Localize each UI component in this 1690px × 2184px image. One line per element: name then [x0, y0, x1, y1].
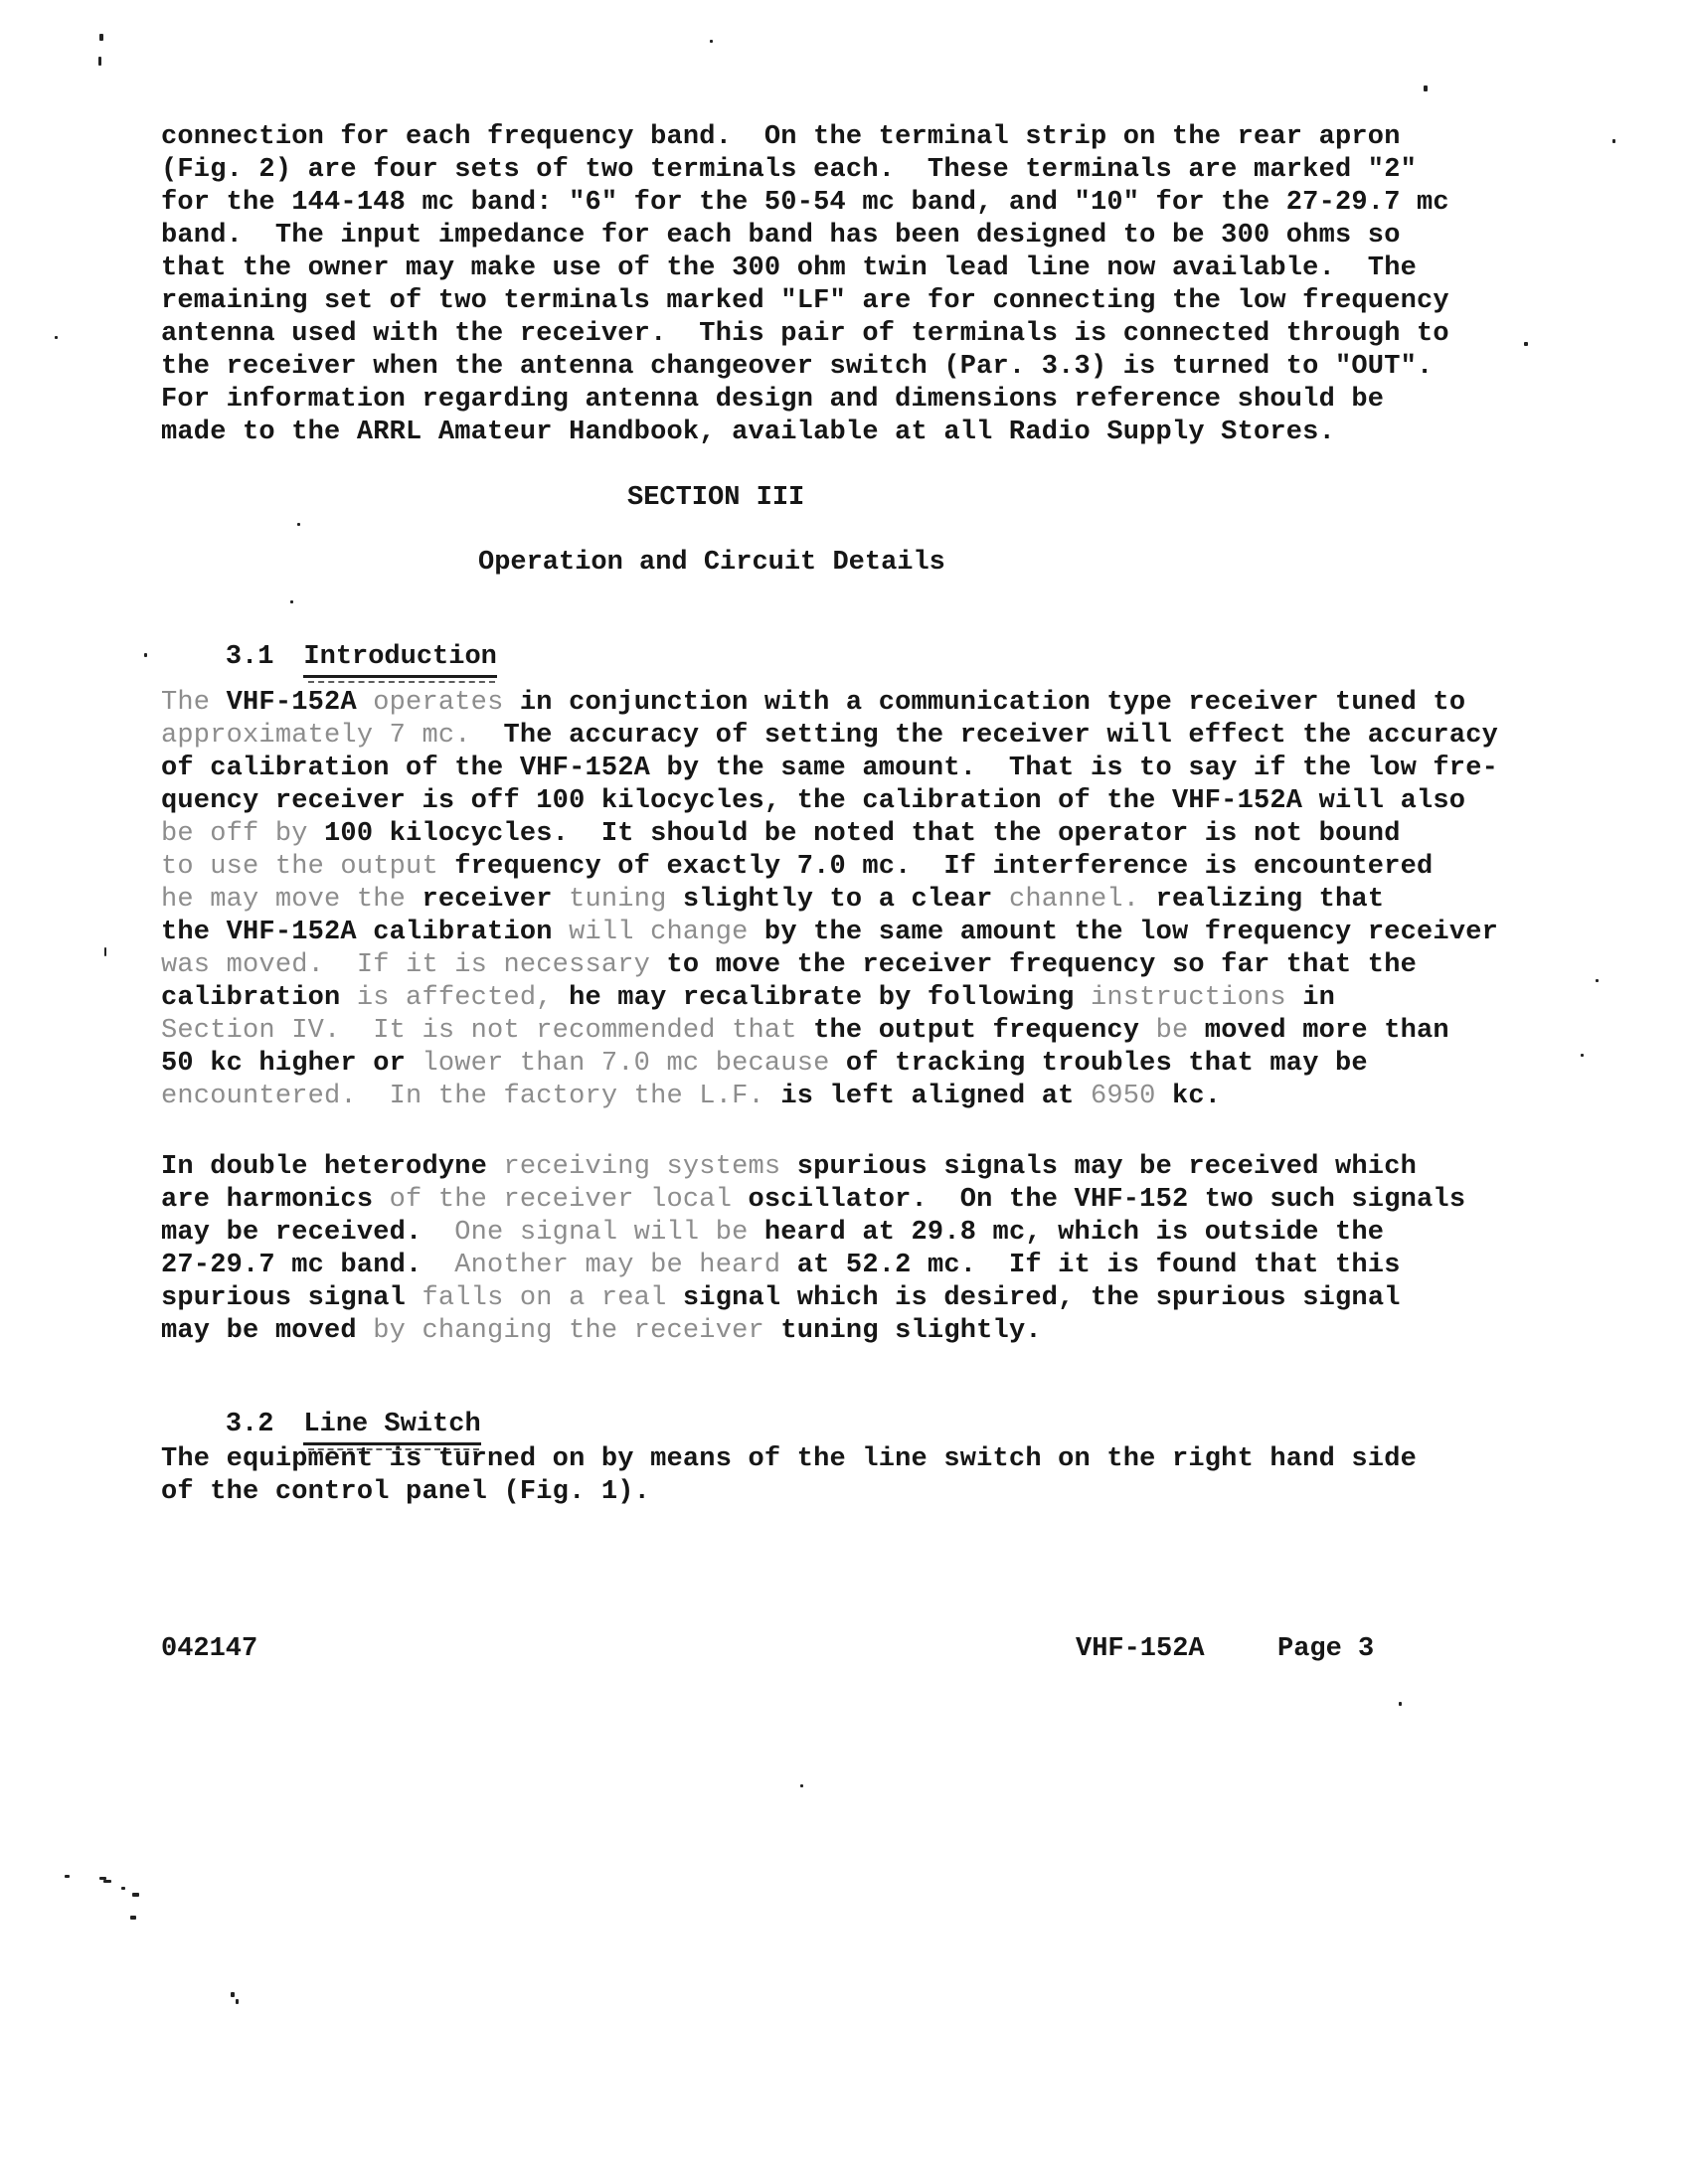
text-line: that the owner may make use of the 300 o…	[161, 252, 1449, 285]
text-line: Section IV. It is not recommended that t…	[161, 1015, 1498, 1048]
paragraph-introduction: The VHF-152A operates in conjunction wit…	[161, 687, 1498, 1113]
text-line: remaining set of two terminals marked "L…	[161, 285, 1449, 318]
ink-speck	[98, 57, 101, 66]
text-line: are harmonics of the receiver local osci…	[161, 1184, 1465, 1217]
text-line: 27-29.7 mc band. Another may be heard at…	[161, 1250, 1465, 1282]
footer-doc-number: 042147	[161, 1633, 257, 1666]
text-line: of the control panel (Fig. 1).	[161, 1476, 1417, 1509]
ink-speck	[1524, 342, 1528, 346]
paragraph-spurious-signals: In double heterodyne receiving systems s…	[161, 1151, 1465, 1348]
section-heading: SECTION III	[627, 482, 804, 515]
ink-speck	[132, 1893, 139, 1897]
text-line: made to the ARRL Amateur Handbook, avail…	[161, 417, 1449, 449]
text-line: he may move the receiver tuning slightly…	[161, 884, 1498, 917]
text-line: (Fig. 2) are four sets of two terminals …	[161, 154, 1449, 187]
ink-speck	[104, 947, 106, 956]
ink-speck	[231, 1992, 235, 1997]
text-line: The equipment is turned on by means of t…	[161, 1443, 1417, 1476]
ink-speck	[1612, 139, 1615, 143]
heading-3-2-title: Line Switch	[303, 1409, 480, 1445]
text-line: approximately 7 mc. The accuracy of sett…	[161, 720, 1498, 753]
text-line: the VHF-152A calibration will change by …	[161, 917, 1498, 949]
heading-3-1-title: Introduction	[303, 641, 496, 678]
ink-speck	[236, 1999, 239, 2004]
text-line: spurious signal falls on a real signal w…	[161, 1282, 1465, 1315]
ink-speck	[1596, 979, 1599, 982]
ink-speck	[800, 1784, 803, 1787]
ink-speck	[297, 523, 300, 526]
text-line: band. The input impedance for each band …	[161, 220, 1449, 252]
text-line: the receiver when the antenna changeover…	[161, 351, 1449, 384]
text-line: antenna used with the receiver. This pai…	[161, 318, 1449, 351]
heading-3-1-number: 3.1	[226, 642, 274, 672]
ink-speck	[130, 1916, 136, 1920]
text-line: to use the output frequency of exactly 7…	[161, 851, 1498, 884]
text-line: encountered. In the factory the L.F. is …	[161, 1081, 1498, 1113]
ink-speck	[1399, 1702, 1402, 1706]
paragraph-antenna-terminals: connection for each frequency band. On t…	[161, 121, 1449, 449]
text-line: 50 kc higher or lower than 7.0 mc becaus…	[161, 1048, 1498, 1081]
ink-speck	[103, 1880, 111, 1883]
ink-speck	[121, 1887, 125, 1890]
footer-model-number: VHF-152A	[1076, 1633, 1205, 1666]
text-line: In double heterodyne receiving systems s…	[161, 1151, 1465, 1184]
text-line: connection for each frequency band. On t…	[161, 121, 1449, 154]
section-subheading: Operation and Circuit Details	[478, 547, 945, 580]
ink-speck	[55, 336, 58, 339]
text-line: of calibration of the VHF-152A by the sa…	[161, 753, 1498, 785]
scanned-manual-page: connection for each frequency band. On t…	[0, 0, 1690, 2184]
footer-page-number: Page 3	[1277, 1633, 1374, 1666]
text-line: The VHF-152A operates in conjunction wit…	[161, 687, 1498, 720]
paragraph-line-switch: The equipment is turned on by means of t…	[161, 1443, 1417, 1509]
text-line: may be moved by changing the receiver tu…	[161, 1315, 1465, 1348]
ink-speck	[1581, 1054, 1584, 1057]
text-line: calibration is affected, he may recalibr…	[161, 982, 1498, 1015]
heading-3-2-number: 3.2	[226, 1410, 274, 1439]
text-line: be off by 100 kilocycles. It should be n…	[161, 818, 1498, 851]
ink-speck	[1424, 85, 1428, 91]
text-line: was moved. If it is necessary to move th…	[161, 949, 1498, 982]
ink-speck	[65, 1875, 70, 1878]
ink-speck	[710, 40, 713, 43]
ink-speck	[144, 653, 147, 657]
text-line: may be received. One signal will be hear…	[161, 1217, 1465, 1250]
ink-speck	[290, 600, 293, 603]
ink-speck	[99, 34, 103, 41]
text-line: quency receiver is off 100 kilocycles, t…	[161, 785, 1498, 818]
text-line: for the 144-148 mc band: "6" for the 50-…	[161, 187, 1449, 220]
text-line: For information regarding antenna design…	[161, 384, 1449, 417]
